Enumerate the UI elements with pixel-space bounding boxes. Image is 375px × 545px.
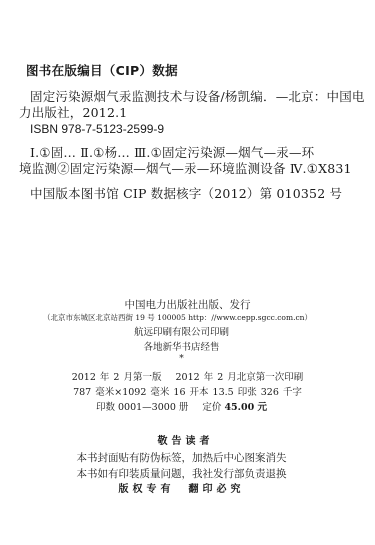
notice-heading: 敬告读者 [0,437,373,447]
imprint-address: （北京市东城区北京站西街 19 号 100005 http：//www.cepp… [0,314,365,322]
imprint-edition: 2012 年 2 月第一版 [72,372,162,383]
imprint-printing: 2012 年 2 月北京第一次印刷 [176,372,304,383]
imprint-printer: 航远印刷有限公司印刷 [0,328,369,338]
cip-heading: 图书在版编目（CIP）数据 [26,65,178,78]
notice-quality: 本书如有印装质量问题，我社发行部负责退换 [0,469,369,480]
cip-approval-number: 中国版本图书馆 CIP 数据核字（2012）第 010352 号 [30,188,342,201]
cip-classification-line-2: 境监测②固定污染源—烟气—汞—环境监测设备 Ⅳ.①X831 [19,163,352,176]
imprint-print-run: 印数 0001—3000 册 [96,402,188,413]
cip-bibliographic-line-2: 力出版社，2012.1 [19,107,127,120]
cip-bibliographic-line-1: 固定污染源烟气汞监测技术与设备/杨凯编．—北京：中国电 [30,91,365,104]
copyright-reserved: 版权专有 [119,484,175,495]
imprint-dates: 2012 年 2 月第一版2012 年 2 月北京第一次印刷 [0,373,375,383]
copyright-page: 图书在版编目（CIP）数据 固定污染源烟气汞监测技术与设备/杨凯编．—北京：中国… [0,0,375,545]
imprint-publisher: 中国电力出版社出版、发行 [0,300,375,311]
imprint-specs: 787 毫米×1092 毫米 16 开本 13.5 印张 326 千字 [0,388,375,398]
imprint-run-price: 印数 0001—3000 册定价 45.00 元 [0,403,369,413]
price-label: 定价 [202,402,221,413]
cip-isbn: ISBN 978-7-5123-2599-9 [30,123,164,135]
imprint-separator: * [0,355,369,364]
price-value: 45.00 元 [224,402,267,413]
notice-anticounterfeit: 本书封面贴有防伪标签，加热后中心图案消失 [0,453,369,464]
imprint-distributor: 各地新华书店经售 [0,343,369,353]
copyright-notice: 版权专有翻印必究 [0,485,369,495]
copyright-warning: 翻印必究 [189,484,245,495]
cip-classification-line-1: Ⅰ.①固… Ⅱ.①杨… Ⅲ.①固定污染源—烟气—汞—环 [30,147,314,160]
